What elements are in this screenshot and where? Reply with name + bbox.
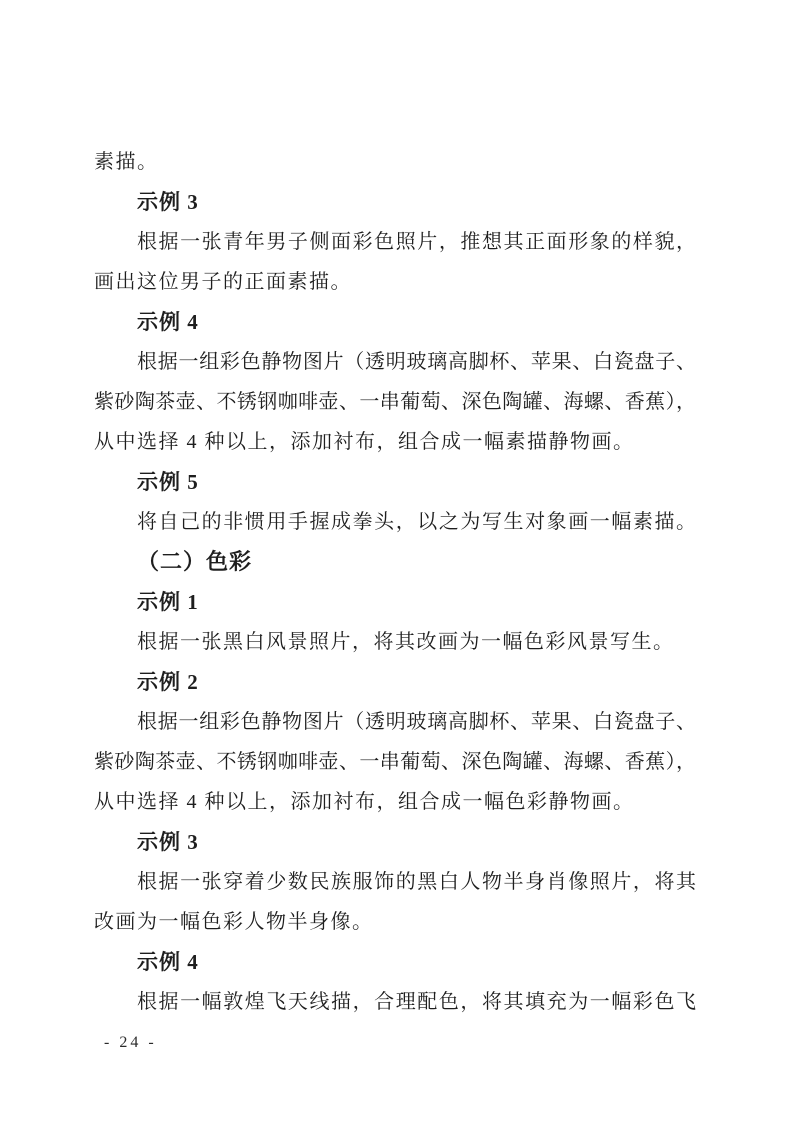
body-line: 根据一张青年男子侧面彩色照片，推想其正面形象的样貌， xyxy=(94,222,696,262)
example-heading: 示例 3 xyxy=(94,822,696,862)
body-line: 紫砂陶茶壶、不锈钢咖啡壶、一串葡萄、深色陶罐、海螺、香蕉）， xyxy=(94,742,696,782)
body-line: 根据一幅敦煌飞天线描，合理配色，将其填充为一幅彩色飞 xyxy=(94,982,696,1022)
example-heading: 示例 4 xyxy=(94,302,696,342)
example-heading: 示例 3 xyxy=(94,182,696,222)
document-page: 素描。 示例 3 根据一张青年男子侧面彩色照片，推想其正面形象的样貌， 画出这位… xyxy=(0,0,794,1123)
body-line: 紫砂陶茶壶、不锈钢咖啡壶、一串葡萄、深色陶罐、海螺、香蕉）， xyxy=(94,382,696,422)
page-number: - 24 - xyxy=(104,1034,157,1052)
body-line: 素描。 xyxy=(94,142,696,182)
body-line: 根据一张黑白风景照片，将其改画为一幅色彩风景写生。 xyxy=(94,622,696,662)
section-heading: （二）色彩 xyxy=(94,542,696,582)
body-line: 从中选择 4 种以上，添加衬布，组合成一幅色彩静物画。 xyxy=(94,782,696,822)
body-line: 改画为一幅色彩人物半身像。 xyxy=(94,902,696,942)
body-line: 根据一组彩色静物图片（透明玻璃高脚杯、苹果、白瓷盘子、 xyxy=(94,342,696,382)
example-heading: 示例 2 xyxy=(94,662,696,702)
body-line: 画出这位男子的正面素描。 xyxy=(94,262,696,302)
example-heading: 示例 4 xyxy=(94,942,696,982)
body-line: 根据一组彩色静物图片（透明玻璃高脚杯、苹果、白瓷盘子、 xyxy=(94,702,696,742)
example-heading: 示例 1 xyxy=(94,582,696,622)
example-heading: 示例 5 xyxy=(94,462,696,502)
document-body: 素描。 示例 3 根据一张青年男子侧面彩色照片，推想其正面形象的样貌， 画出这位… xyxy=(94,142,696,1022)
body-line: 从中选择 4 种以上，添加衬布，组合成一幅素描静物画。 xyxy=(94,422,696,462)
body-line: 将自己的非惯用手握成拳头，以之为写生对象画一幅素描。 xyxy=(94,502,696,542)
body-line: 根据一张穿着少数民族服饰的黑白人物半身肖像照片，将其 xyxy=(94,862,696,902)
